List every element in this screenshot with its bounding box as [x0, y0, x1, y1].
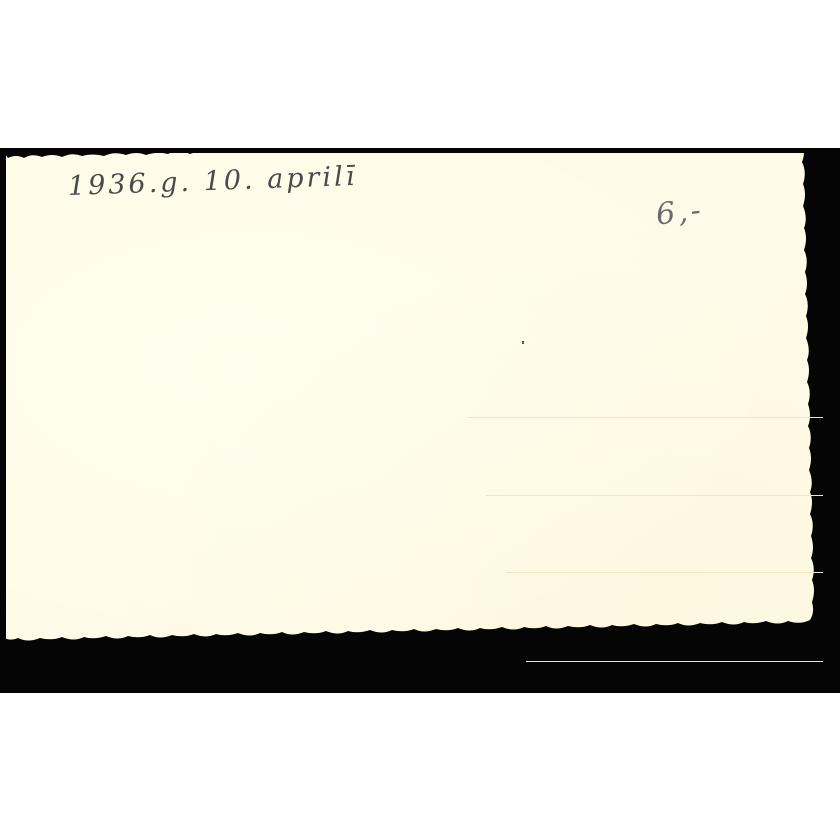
deckled-edge: [0, 148, 834, 691]
handwritten-date: 1936.g. 10. aprilī: [67, 161, 357, 202]
address-line: [526, 661, 823, 662]
address-line: [468, 417, 823, 418]
image-stage: 1936.g. 10. aprilī 6,-: [0, 0, 840, 840]
ink-speck: [522, 341, 524, 344]
handwritten-price: 6,-: [654, 193, 705, 233]
address-line: [506, 572, 823, 573]
postcard-back: 1936.g. 10. aprilī 6,-: [6, 153, 828, 686]
address-line: [486, 495, 823, 496]
